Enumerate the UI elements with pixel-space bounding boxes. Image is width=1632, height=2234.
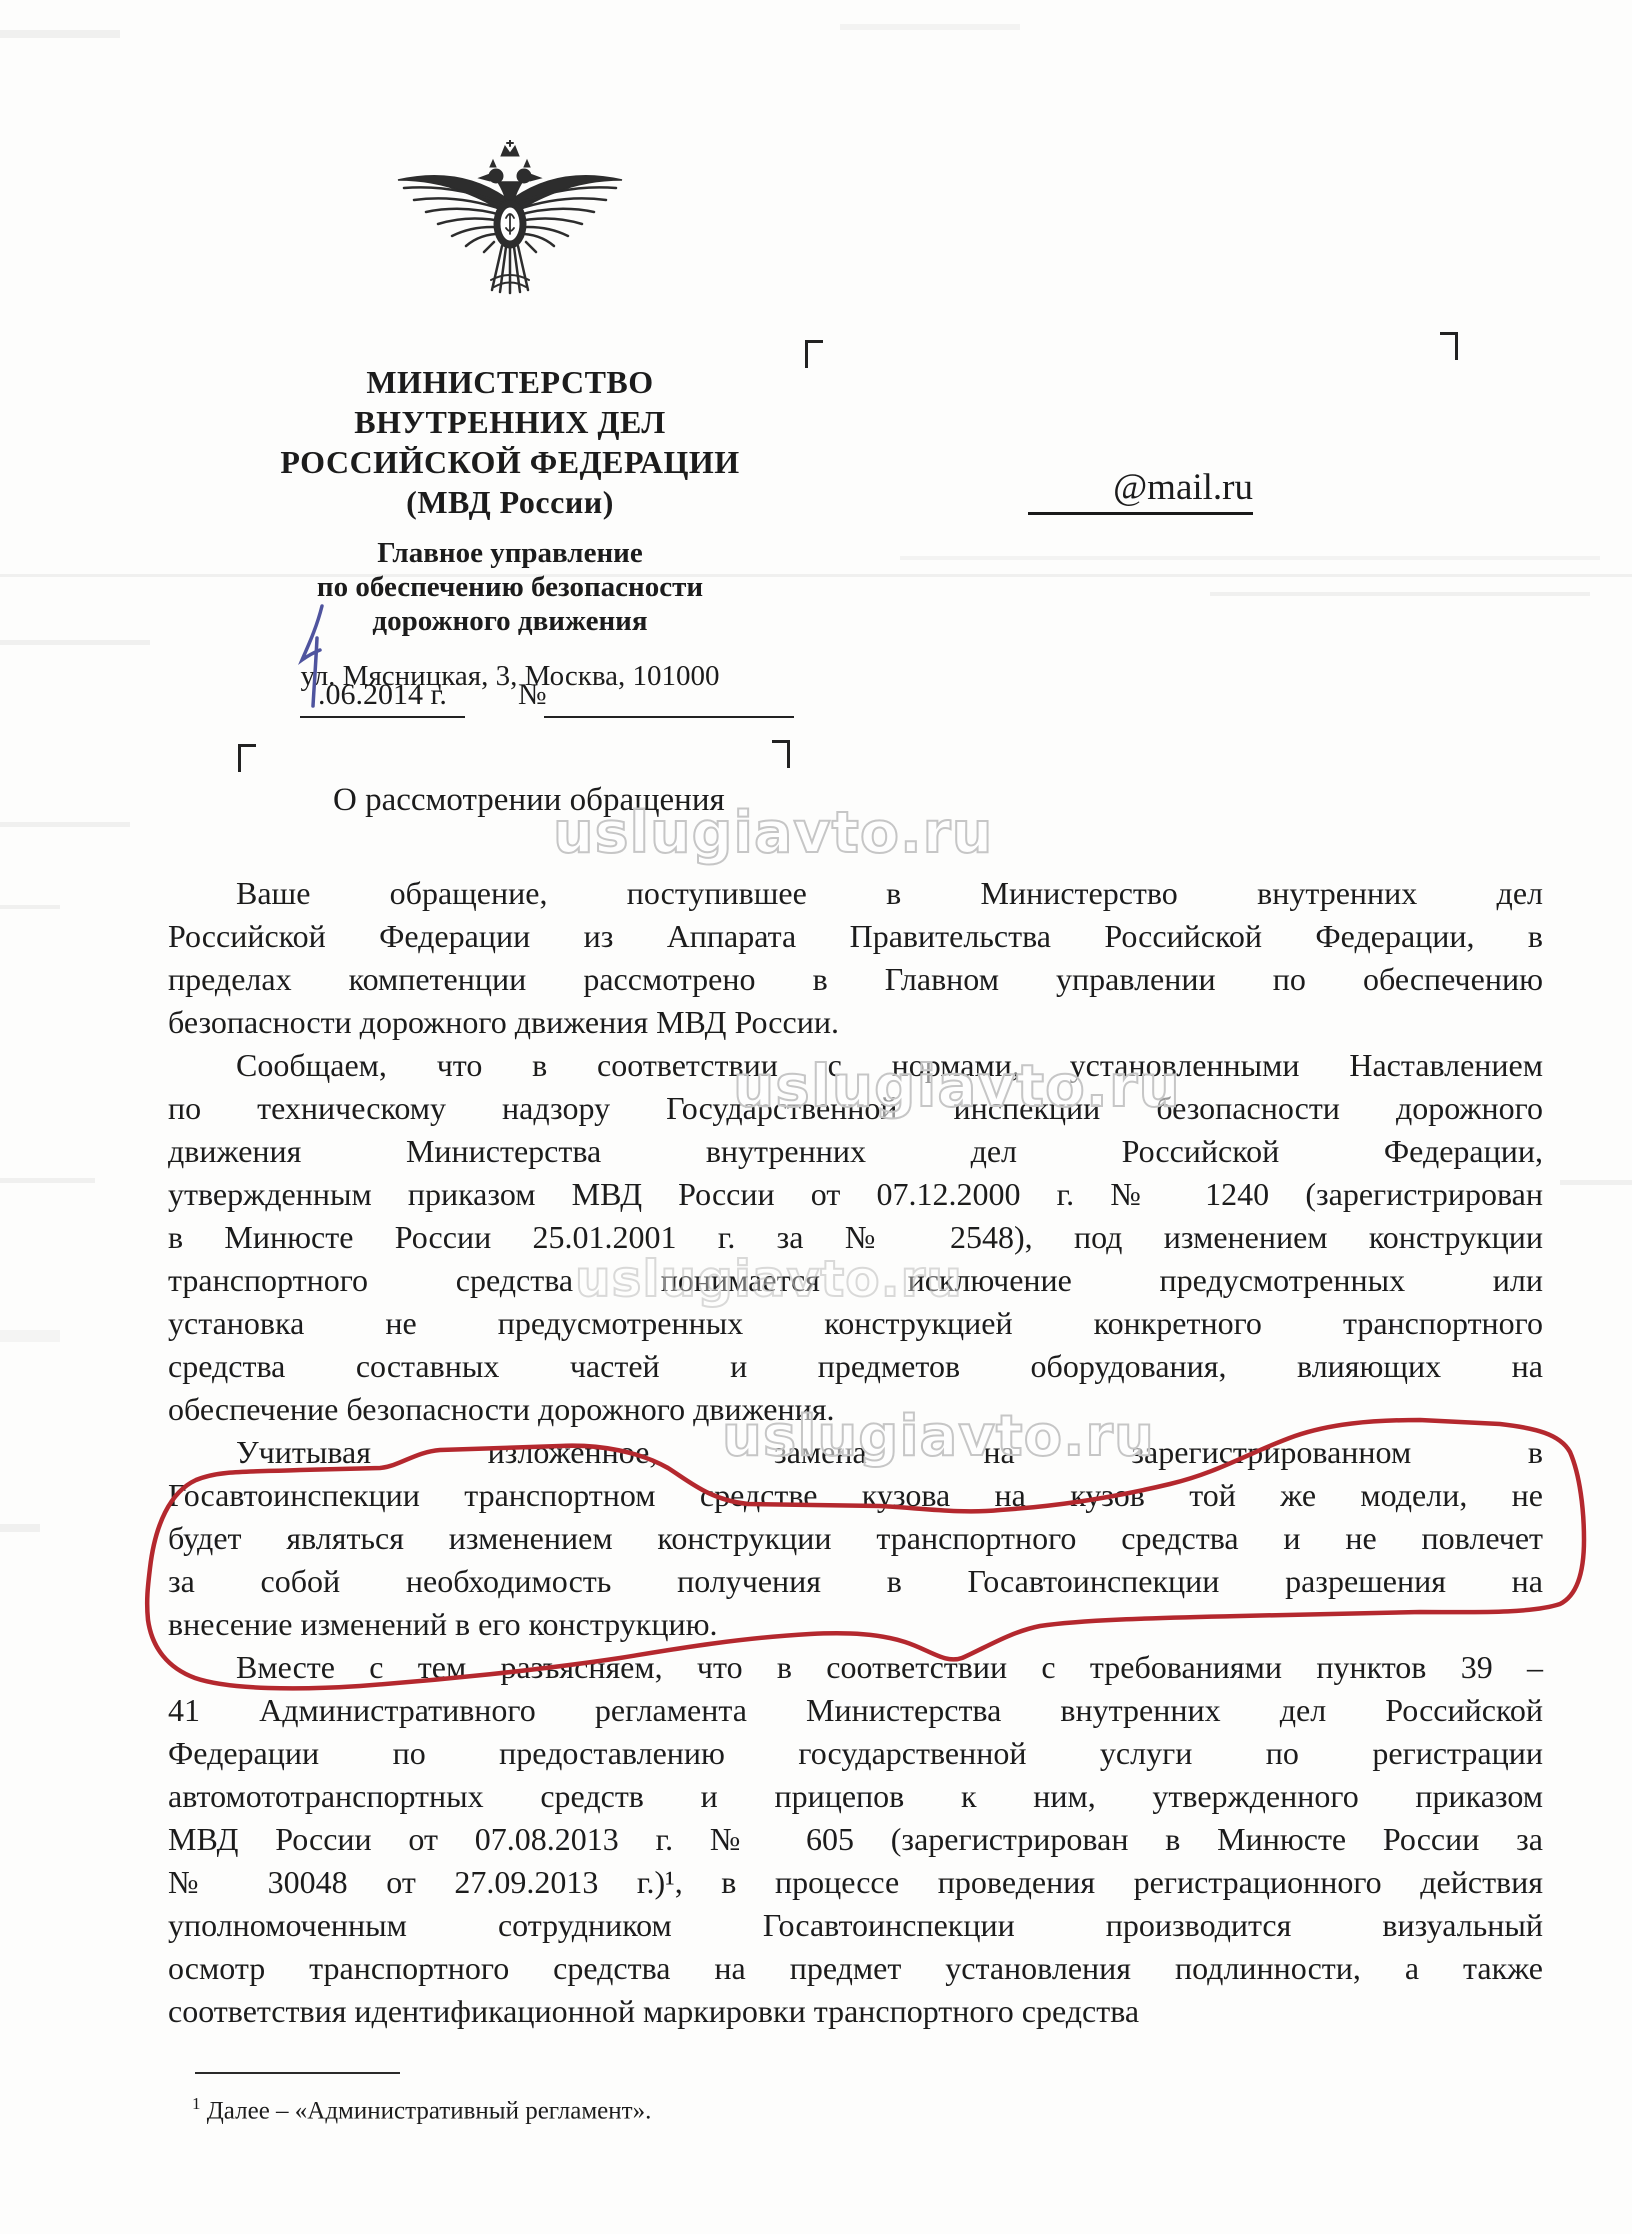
body-line: 41 Административного регламента Министер… (168, 1689, 1543, 1732)
org-line: (МВД России) (280, 482, 740, 522)
date-underline (300, 716, 465, 718)
body-line: по техническому надзору Государственной … (168, 1087, 1543, 1130)
body-line: безопасности дорожного движения МВД Росс… (168, 1001, 1543, 1044)
body-line: пределах компетенции рассмотрено в Главн… (168, 958, 1543, 1001)
body-line: будет являться изменением конструкции тр… (168, 1517, 1543, 1560)
date-text: .06.2014 г. (318, 678, 447, 712)
corner-mark (1440, 332, 1458, 360)
corner-mark (238, 744, 256, 772)
body-line: Учитывая изложенное, замена на зарегистр… (168, 1431, 1543, 1474)
corner-mark (772, 740, 790, 768)
body-line: № 30048 от 27.09.2013 г.)¹, в процессе п… (168, 1861, 1543, 1904)
body-text: Ваше обращение, поступившее в Министерст… (168, 872, 1543, 2033)
email-field: @mail.ru (1028, 466, 1253, 515)
body-line: обеспечение безопасности дорожного движе… (168, 1388, 1543, 1431)
email-text: @mail.ru (1113, 467, 1253, 508)
scan-artifact (0, 574, 1632, 577)
scan-artifact (0, 1330, 60, 1342)
body-line: Вместе с тем разъясняем, что в соответст… (168, 1646, 1543, 1689)
body-line: Федерации по предоставлению государствен… (168, 1732, 1543, 1775)
scan-artifact (1210, 592, 1590, 596)
org-line: РОССИЙСКОЙ ФЕДЕРАЦИИ (280, 442, 740, 482)
body-line: осмотр транспортного средства на предмет… (168, 1947, 1543, 1990)
letterhead: МИНИСТЕРСТВО ВНУТРЕННИХ ДЕЛ РОССИЙСКОЙ Ф… (280, 362, 740, 693)
division-name: Главное управление по обеспечению безопа… (280, 536, 740, 638)
subject-line: О рассмотрении обращения (333, 782, 725, 819)
body-line: Сообщаем, что в соответствии с нормами, … (168, 1044, 1543, 1087)
body-line: соответствия идентификационной маркировк… (168, 1990, 1543, 2033)
body-line: установка не предусмотренных конструкцие… (168, 1302, 1543, 1345)
footnote: 1 Далее – «Административный регламент». (192, 2094, 651, 2125)
org-line: ВНУТРЕННИХ ДЕЛ (280, 402, 740, 442)
division-line: по обеспечению безопасности (280, 570, 740, 604)
footnote-text: Далее – «Административный регламент». (207, 2097, 652, 2124)
division-line: дорожного движения (280, 604, 740, 638)
mvd-double-headed-eagle-emblem-icon (390, 140, 630, 300)
scan-artifact (0, 822, 130, 827)
number-sign: № (518, 678, 547, 712)
number-underline (544, 716, 794, 718)
scan-artifact (0, 1178, 95, 1183)
corner-mark (805, 340, 823, 368)
body-line: Ваше обращение, поступившее в Министерст… (168, 872, 1543, 915)
body-line: уполномоченным сотрудником Госавтоинспек… (168, 1904, 1543, 1947)
org-name: МИНИСТЕРСТВО ВНУТРЕННИХ ДЕЛ РОССИЙСКОЙ Ф… (280, 362, 740, 522)
scan-artifact (900, 556, 1600, 560)
body-line: внесение изменений в его конструкцию. (168, 1603, 1543, 1646)
org-line: МИНИСТЕРСТВО (280, 362, 740, 402)
body-line: МВД России от 07.08.2013 г. № 605 (зарег… (168, 1818, 1543, 1861)
body-line: транспортного средства понимается исключ… (168, 1259, 1543, 1302)
body-line: средства составных частей и предметов об… (168, 1345, 1543, 1388)
body-line: утвержденным приказом МВД России от 07.1… (168, 1173, 1543, 1216)
body-line: Госавтоинспекции транспортном средстве к… (168, 1474, 1543, 1517)
scan-artifact (0, 905, 60, 909)
body-line: движения Министерства внутренних дел Рос… (168, 1130, 1543, 1173)
scan-artifact (0, 30, 120, 38)
body-line: в Минюсте России 25.01.2001 г. за № 2548… (168, 1216, 1543, 1259)
body-line: Российской Федерации из Аппарата Правите… (168, 915, 1543, 958)
scan-artifact (840, 24, 1020, 30)
scanned-letter-page: МИНИСТЕРСТВО ВНУТРЕННИХ ДЕЛ РОССИЙСКОЙ Ф… (0, 0, 1632, 2234)
body-line: за собой необходимость получения в Госав… (168, 1560, 1543, 1603)
division-line: Главное управление (280, 536, 740, 570)
scan-artifact (0, 1524, 40, 1532)
scan-artifact (1560, 1180, 1632, 1185)
footnote-marker: 1 (192, 2094, 201, 2113)
scan-artifact (0, 640, 150, 645)
body-line: автомототранспортных средств и прицепов … (168, 1775, 1543, 1818)
footnote-divider (195, 2072, 400, 2074)
